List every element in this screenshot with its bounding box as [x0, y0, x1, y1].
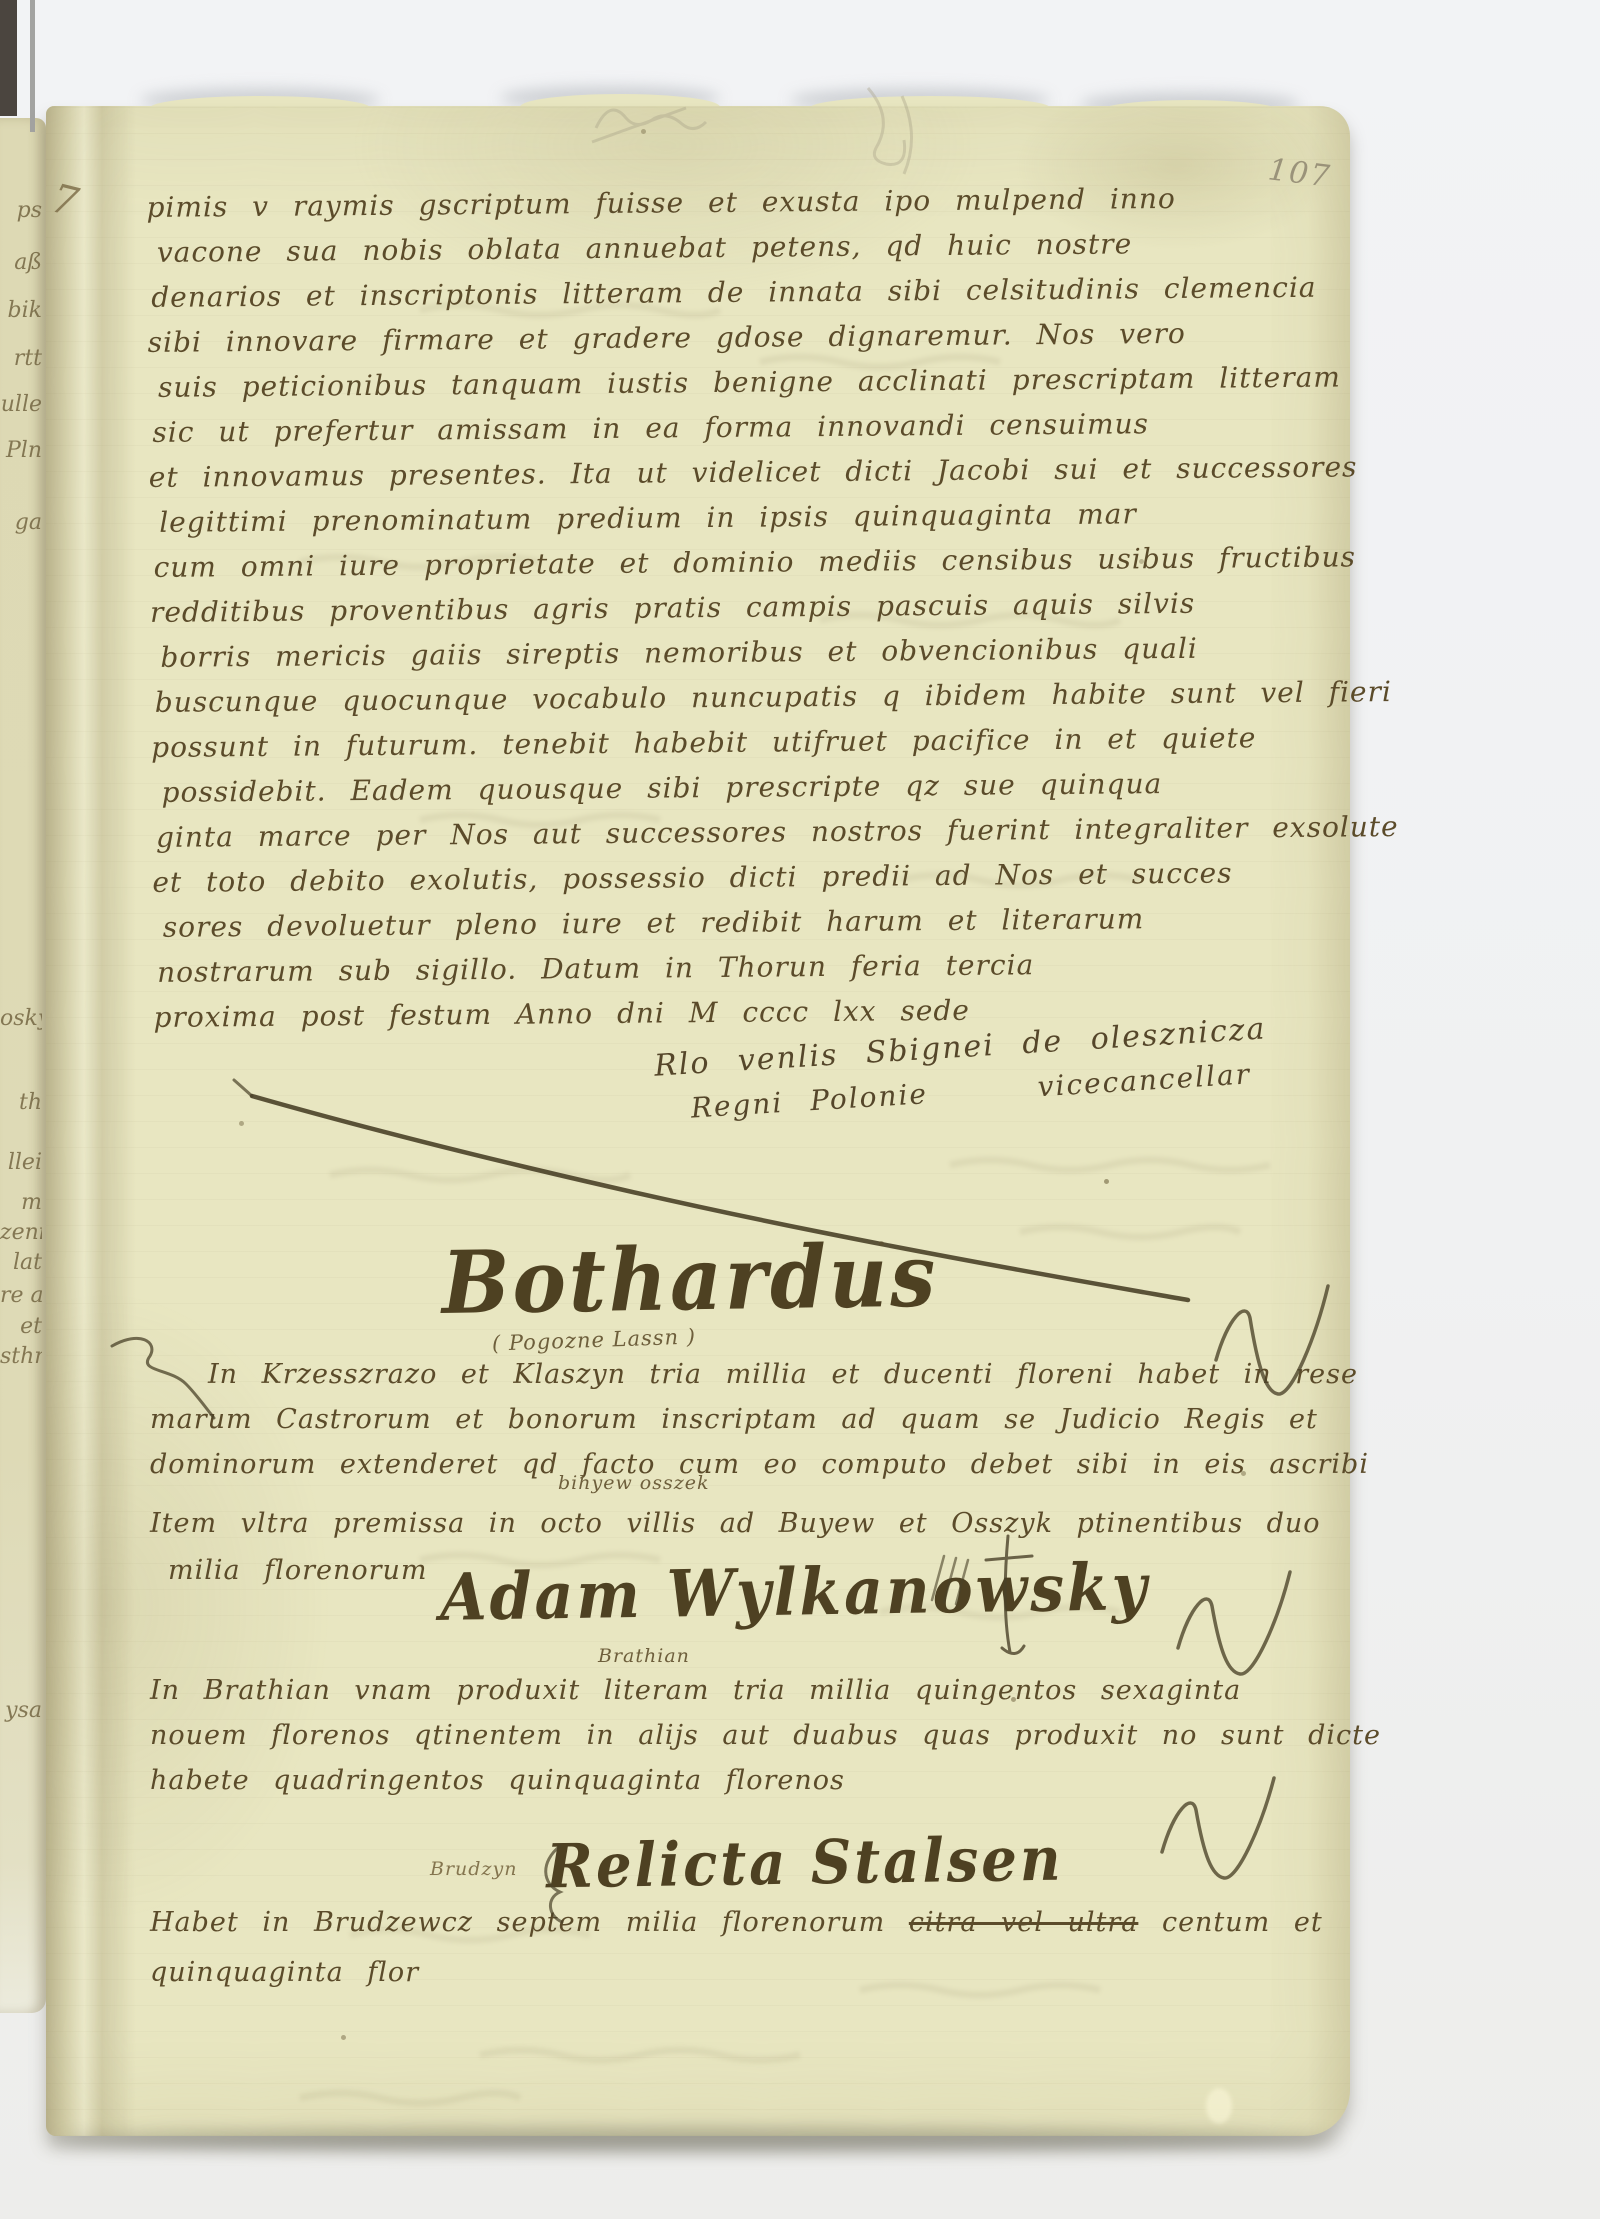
- facing-text-fragment: ysa: [0, 1698, 42, 1723]
- facing-page-edge: ps aß bik rtt ulle Pln ga osky th llei m…: [0, 118, 46, 2013]
- paper-fleck: [1206, 2088, 1232, 2124]
- entry-body: Habet in Brudzewcz septem milia florenor…: [150, 1898, 1323, 1998]
- binding-edge-line: [30, 0, 35, 132]
- binding-spine: [0, 0, 17, 116]
- facing-text-fragment: zeni: [0, 1220, 42, 1245]
- facing-text-fragment: et: [0, 1314, 42, 1339]
- entry-heading-adam-wylkanowsky: Adam Wylkanowsky: [440, 1550, 1141, 1636]
- page-bottom-shadow: [60, 2128, 1340, 2152]
- entry-line: quinquaginta flor: [150, 1948, 1323, 1998]
- facing-text-fragment: aß: [0, 250, 42, 275]
- entry-line: Habet in Brudzewcz septem milia florenor…: [150, 1898, 1323, 1948]
- entry-line: marum Castrorum et bonorum inscriptam ad…: [150, 1397, 1369, 1442]
- ink-specks: [0, 0, 3, 3]
- facing-text-fragment: th: [0, 1090, 42, 1115]
- entry-heading-relicta: Relicta Stalsen: [455, 1822, 1156, 1904]
- facing-text-fragment: osky: [0, 1006, 42, 1031]
- entry-line: habete quadringentos quinquaginta floren…: [150, 1758, 1381, 1803]
- charter-text-block: pimis v raymis gscriptum fuisse et exust…: [146, 175, 1278, 1040]
- facing-text-fragment: ulle: [0, 392, 42, 417]
- entry-line: dominorum extenderet qd facto cum eo com…: [150, 1442, 1369, 1487]
- entry-line: In Brathian vnam produxit literam tria m…: [150, 1668, 1381, 1713]
- manuscript-scan: ps aß bik rtt ulle Pln ga osky th llei m…: [0, 0, 1600, 2219]
- heading-annotation: Brathian: [598, 1645, 690, 1667]
- entry-heading-bothardus: Bothardus: [339, 1223, 1040, 1335]
- facing-text-fragment: m: [0, 1190, 42, 1215]
- facing-text-fragment: ga: [0, 510, 42, 535]
- facing-text-fragment: sthm: [0, 1344, 42, 1369]
- facing-text-fragment: llei: [0, 1150, 42, 1175]
- entry-line: nouem florenos qtinentem in alijs aut du…: [150, 1713, 1381, 1758]
- facing-text-fragment: rtt: [0, 346, 42, 371]
- entry-body: In Brathian vnam produxit literam tria m…: [150, 1668, 1381, 1803]
- facing-text-fragment: bik: [0, 298, 42, 323]
- facing-text-fragment: re at: [0, 1283, 42, 1308]
- facing-text-fragment: ps: [0, 198, 42, 223]
- interlinear-note: bihyew osszek: [558, 1472, 709, 1494]
- entry-line: In Krzesszrazo et Klaszyn tria millia et…: [150, 1352, 1369, 1397]
- entry-line: Item vltra premissa in octo villis ad Bu…: [150, 1500, 1321, 1547]
- entry-body: In Krzesszrazo et Klaszyn tria millia et…: [150, 1352, 1369, 1487]
- facing-text-fragment: lat: [0, 1250, 42, 1275]
- facing-text-fragment: Pln: [0, 438, 42, 463]
- heading-annotation: Brudzyn: [430, 1858, 517, 1880]
- folio-number: 107: [1266, 152, 1333, 194]
- struck-text: citra vel ultra: [909, 1907, 1139, 1938]
